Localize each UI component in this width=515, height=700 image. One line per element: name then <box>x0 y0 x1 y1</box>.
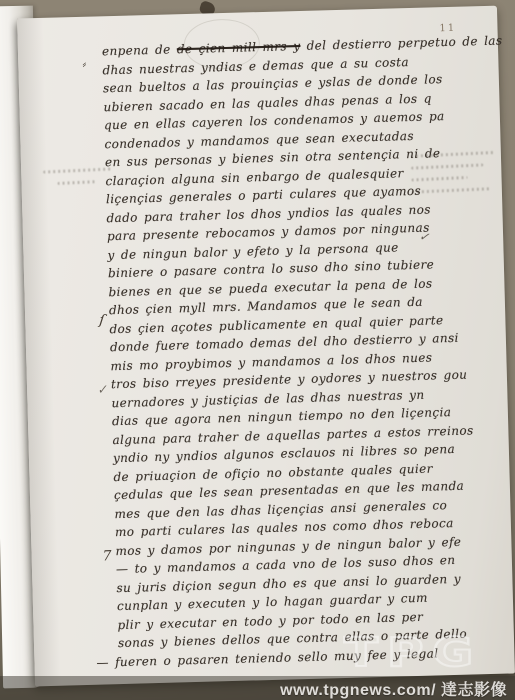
pencil-scribble-line <box>43 168 111 174</box>
manuscript-photo: 11 ⸗ ſ ✓ 7 ✓ enpena de de çien mill mrs … <box>0 0 515 700</box>
line1-pre: enpena de <box>102 42 177 58</box>
manuscript-text-block: enpena de de çien mill mrs y del destier… <box>102 33 459 671</box>
line1-post: del destierro perpetuo de las <box>300 33 502 52</box>
watermark-bar: www.tpgnews.com/ 達志影像 <box>0 676 515 700</box>
watermark-url-text: www.tpgnews.com/ 達志影像 <box>280 677 507 700</box>
manuscript-page: 11 ⸗ ſ ✓ 7 ✓ enpena de de çien mill mrs … <box>17 6 515 687</box>
margin-mark-five: ſ <box>98 312 105 328</box>
tpg-logo-watermark: TPG <box>344 630 482 676</box>
margin-mark-seven: 7 <box>102 548 111 564</box>
page-number: 11 <box>439 23 456 34</box>
margin-check-mark: ✓ <box>96 382 108 397</box>
margin-paragraph-mark: ⸗ <box>81 57 87 72</box>
pencil-scribble-line <box>57 180 97 185</box>
struck-through-text: de çien mill mrs y <box>177 39 301 56</box>
left-margin-pencil-note <box>43 168 112 194</box>
